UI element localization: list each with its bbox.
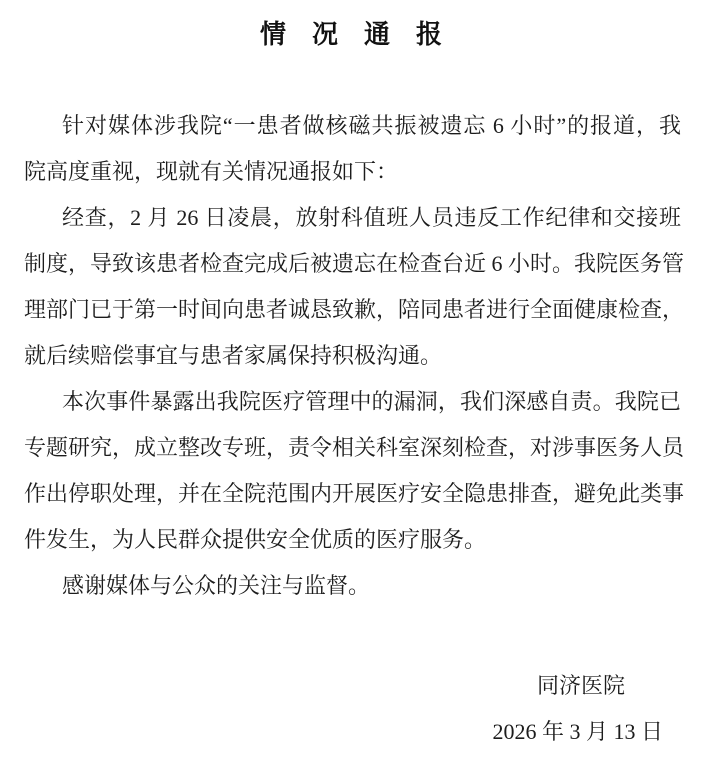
paragraph-line: 经查，2 月 26 日凌晨，放射科值班人员违反工作纪律和交接班 — [24, 195, 681, 241]
notice-title: 情 况 通 报 — [0, 20, 702, 50]
paragraph-1: 针对媒体涉我院“一患者做核磁共振被遗忘 6 小时”的报道，我 院高度重视，现就有… — [24, 103, 681, 195]
paragraph-2: 经查，2 月 26 日凌晨，放射科值班人员违反工作纪律和交接班 制度，导致该患者… — [24, 195, 681, 379]
paragraph-line: 理部门已于第一时间向患者诚恳致歉，陪同患者进行全面健康检查， — [24, 287, 681, 333]
paragraph-line: 制度，导致该患者检查完成后被遗忘在检查台近 6 小时。我院医务管 — [24, 241, 681, 287]
paragraph-line: 针对媒体涉我院“一患者做核磁共振被遗忘 6 小时”的报道，我 — [24, 103, 681, 149]
paragraph-line: 本次事件暴露出我院医疗管理中的漏洞，我们深感自责。我院已 — [24, 379, 681, 425]
date: 2026 年 3 月 13 日 — [0, 709, 702, 755]
paragraph-line: 院高度重视，现就有关情况通报如下： — [24, 149, 681, 195]
paragraph-line: 专题研究，成立整改专班，责令相关科室深刻检查，对涉事医务人员 — [24, 425, 681, 471]
paragraph-line: 就后续赔偿事宜与患者家属保持积极沟通。 — [24, 333, 681, 379]
paragraph-3: 本次事件暴露出我院医疗管理中的漏洞，我们深感自责。我院已 专题研究，成立整改专班… — [24, 379, 681, 563]
notice-document: 情 况 通 报 针对媒体涉我院“一患者做核磁共振被遗忘 6 小时”的报道，我 院… — [0, 0, 702, 767]
paragraph-line: 件发生，为人民群众提供安全优质的医疗服务。 — [24, 517, 681, 563]
notice-body: 针对媒体涉我院“一患者做核磁共振被遗忘 6 小时”的报道，我 院高度重视，现就有… — [24, 103, 681, 609]
paragraph-line: 作出停职处理，并在全院范围内开展医疗安全隐患排查，避免此类事 — [24, 471, 681, 517]
paragraph-line: 感谢媒体与公众的关注与监督。 — [24, 563, 681, 609]
paragraph-4: 感谢媒体与公众的关注与监督。 — [24, 563, 681, 609]
signature: 同济医院 — [0, 663, 702, 709]
